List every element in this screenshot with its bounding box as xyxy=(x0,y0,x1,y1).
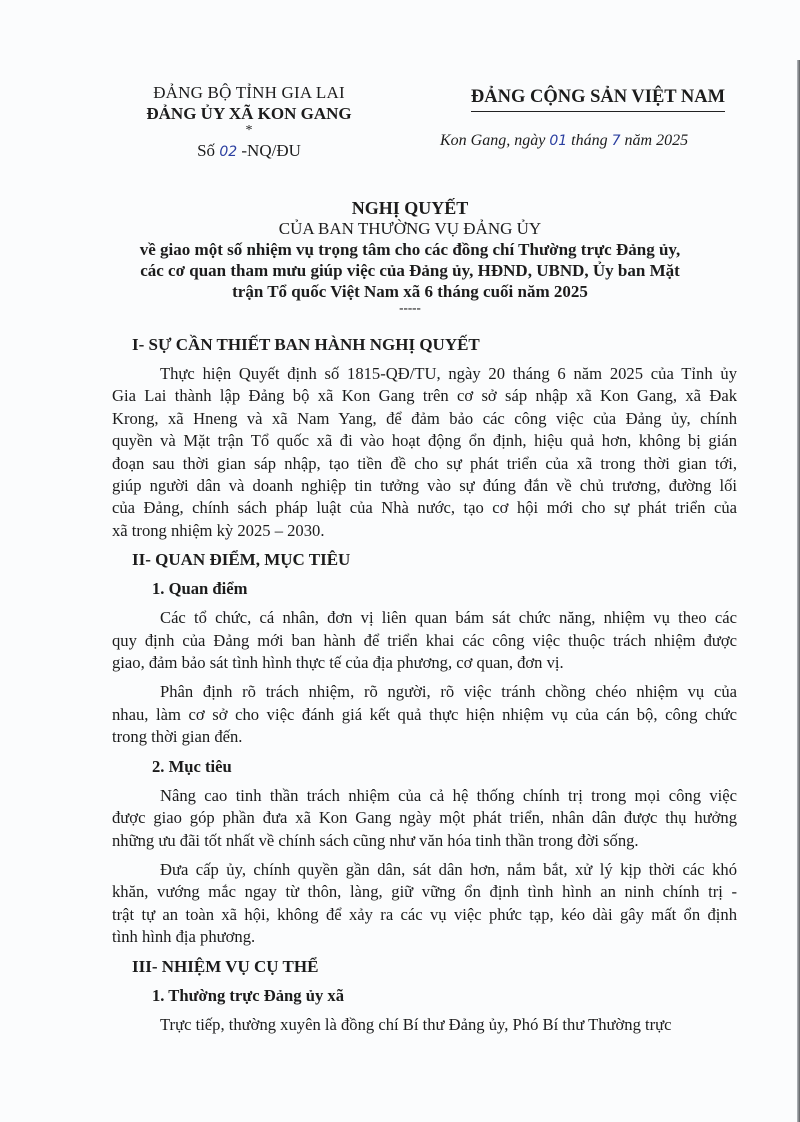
text-line: quyền và Mặt trận Tổ quốc xã đi vào hoạt… xyxy=(112,430,737,452)
text-line: quy định của Đảng mới ban hành để triển … xyxy=(112,630,737,652)
document-body: I- SỰ CẦN THIẾT BAN HÀNH NGHỊ QUYẾT Thực… xyxy=(112,334,737,1043)
provincial-party-committee: ĐẢNG BỘ TỈNH GIA LAI xyxy=(104,82,394,103)
subject-line-1: về giao một số nhiệm vụ trọng tâm cho cá… xyxy=(100,239,720,260)
text-line: của Đảng, chính sách pháp luật của Nhà n… xyxy=(112,497,737,519)
paragraph: Nâng cao tinh thần trách nhiệm của cả hệ… xyxy=(112,785,737,852)
number-suffix: -NQ/ĐU xyxy=(241,141,301,160)
text-line: Trực tiếp, thường xuyên là đồng chí Bí t… xyxy=(112,1014,737,1036)
handwritten-day: 01 xyxy=(549,133,567,149)
section-heading-2: II- QUAN ĐIỂM, MỤC TIÊU xyxy=(132,549,737,571)
subheading-quan-diem: 1. Quan điểm xyxy=(152,578,737,600)
subject-line-3: trận Tổ quốc Việt Nam xã 6 tháng cuối nă… xyxy=(100,281,720,302)
document-type: NGHỊ QUYẾT xyxy=(100,198,720,218)
handwritten-month: 7 xyxy=(612,133,621,149)
commune-party-committee: ĐẢNG ỦY XÃ KON GANG xyxy=(104,103,394,124)
subheading-thuong-truc: 1. Thường trực Đảng ủy xã xyxy=(152,985,737,1007)
year-part: năm 2025 xyxy=(625,132,689,149)
text-line: được giao góp phần đưa xã Kon Gang ngày … xyxy=(112,807,737,829)
text-line: giao, đảm bảo sát tình hình thực tế của … xyxy=(112,652,737,674)
paragraph: Các tổ chức, cá nhân, đơn vị liên quan b… xyxy=(112,607,737,674)
text-line: Thực hiện Quyết định số 1815-QĐ/TU, ngày… xyxy=(112,363,737,385)
text-line: trong thời gian đến. xyxy=(112,726,737,748)
text-line: nhau, làm cơ sở cho việc đánh giá kết qu… xyxy=(112,704,737,726)
text-line: xã trong nhiệm kỳ 2025 – 2030. xyxy=(112,520,737,542)
date-prefix: Kon Gang, ngày xyxy=(440,132,545,149)
section-heading-1: I- SỰ CẦN THIẾT BAN HÀNH NGHỊ QUYẾT xyxy=(132,334,737,356)
text-line: đoạn sau thời gian sáp nhập, tạo tiền đề… xyxy=(112,453,737,475)
text-line: Các tổ chức, cá nhân, đơn vị liên quan b… xyxy=(112,607,737,629)
document-page: ĐẢNG BỘ TỈNH GIA LAI ĐẢNG ỦY XÃ KON GANG… xyxy=(0,0,800,1122)
text-line: khăn, vướng mắc ngay từ thôn, làng, giữ … xyxy=(112,881,737,903)
text-line: Đưa cấp ủy, chính quyền gần dân, sát dân… xyxy=(112,859,737,881)
paragraph: Trực tiếp, thường xuyên là đồng chí Bí t… xyxy=(112,1014,737,1036)
title-separator: ----- xyxy=(100,302,720,314)
text-line: Phân định rõ trách nhiệm, rõ người, rõ v… xyxy=(112,681,737,703)
motto-date-block: ĐẢNG CỘNG SẢN VIỆT NAM Kon Gang, ngày 01… xyxy=(448,84,748,150)
paragraph: Đưa cấp ủy, chính quyền gần dân, sát dân… xyxy=(112,859,737,949)
number-prefix: Số xyxy=(197,141,215,160)
star-separator: * xyxy=(104,124,394,138)
paragraph: Thực hiện Quyết định số 1815-QĐ/TU, ngày… xyxy=(112,363,737,542)
text-line: giúp người dân và doanh nghiệp tin tưởng… xyxy=(112,475,737,497)
issuing-authority-block: ĐẢNG BỘ TỈNH GIA LAI ĐẢNG ỦY XÃ KON GANG… xyxy=(104,82,394,163)
subheading-muc-tieu: 2. Mục tiêu xyxy=(152,756,737,778)
text-line: tình hình địa phương. xyxy=(112,926,737,948)
document-title-block: NGHỊ QUYẾT CỦA BAN THƯỜNG VỤ ĐẢNG ỦY về … xyxy=(100,198,720,314)
document-number: Số 02 -NQ/ĐU xyxy=(104,140,394,163)
document-issuer: CỦA BAN THƯỜNG VỤ ĐẢNG ỦY xyxy=(100,218,720,239)
text-line: Gia Lai thành lập Đảng bộ xã Kon Gang tr… xyxy=(112,385,737,407)
handwritten-number: 02 xyxy=(219,144,237,160)
issue-date: Kon Gang, ngày 01 tháng 7 năm 2025 xyxy=(440,132,740,150)
text-line: những ưu đãi tốt nhất về chính sách cũng… xyxy=(112,830,737,852)
text-line: Krong, xã Hneng và xã Nam Yang, để đảm b… xyxy=(112,408,737,430)
text-line: trật tự an toàn xã hội, không để xảy ra … xyxy=(112,904,737,926)
month-label: tháng xyxy=(571,132,607,149)
paragraph: Phân định rõ trách nhiệm, rõ người, rõ v… xyxy=(112,681,737,748)
section-heading-3: III- NHIỆM VỤ CỤ THỂ xyxy=(132,956,737,978)
party-motto: ĐẢNG CỘNG SẢN VIỆT NAM xyxy=(471,84,725,112)
subject-line-2: các cơ quan tham mưu giúp việc của Đảng … xyxy=(100,260,720,281)
text-line: Nâng cao tinh thần trách nhiệm của cả hệ… xyxy=(112,785,737,807)
